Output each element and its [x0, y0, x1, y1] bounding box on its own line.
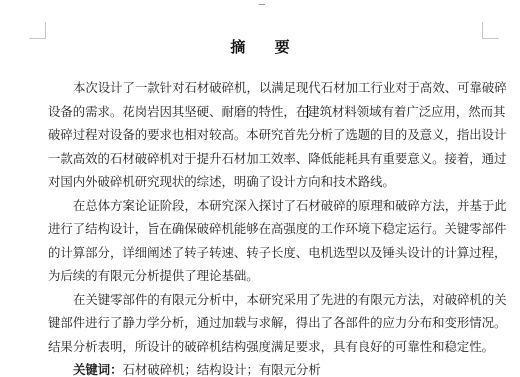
page-top-marker: [259, 4, 265, 5]
document-page[interactable]: 摘 要 本次设计了一款针对石材破碎机，以满足现代石材加工行业对于高效、可靠破碎 …: [0, 0, 520, 377]
paragraph-2-line-1: 在总体方案论证阶段，本研究深入探讨了石材破碎的原理和破碎方法，并基于此: [48, 194, 474, 218]
text-cursor-line: 设备的需求。花岗岩因其坚硬、耐磨的特性，在建筑材料领域有着广泛应用，然而其: [48, 104, 505, 119]
keywords-label: 关键词：: [73, 362, 123, 377]
paragraph-2-line-3: 的计算部分，详细阐述了转子转速、转子长度、电机选型以及锤头设计的计算过程，: [48, 241, 474, 265]
abstract-body[interactable]: 本次设计了一款针对石材破碎机，以满足现代石材加工行业对于高效、可靠破碎 设备的需…: [48, 76, 474, 377]
keywords-line: 关键词：石材破碎机；结构设计；有限元分析: [48, 358, 474, 377]
abstract-title: 摘 要: [0, 36, 520, 57]
paragraph-1-line-2: 设备的需求。花岗岩因其坚硬、耐磨的特性，在建筑材料领域有着广泛应用，然而其: [48, 100, 474, 124]
paragraph-2-line-4: 为后续的有限元分析提供了理论基础。: [48, 264, 474, 288]
paragraph-3-line-1: 在关键零部件的有限元分析中，本研究采用了先进的有限元方法，对破碎机的关: [48, 288, 474, 312]
paragraph-1-line-3: 破碎过程对设备的要求也相对较高。本研究首先分析了选题的目的及意义，指出设计: [48, 123, 474, 147]
paragraph-3-line-2: 键部件进行了静力学分析，通过加载与求解，得出了各部件的应力分布和变形情况。: [48, 311, 474, 335]
paragraph-1-line-4: 一款高效的石材破碎机对于提升石材加工效率、降低能耗具有重要意义。接着，通过: [48, 147, 474, 171]
paragraph-1-line-1: 本次设计了一款针对石材破碎机，以满足现代石材加工行业对于高效、可靠破碎: [48, 76, 474, 100]
paragraph-1-line-5: 对国内外破碎机研究现状的综述，明确了设计方向和技术路线。: [48, 170, 474, 194]
keywords-value: 石材破碎机；结构设计；有限元分析: [123, 362, 321, 377]
paragraph-2-line-2: 进行了结构设计，旨在确保破碎机能够在高强度的工作环境下稳定运行。关键零部件: [48, 217, 474, 241]
paragraph-3-line-3: 结果分析表明，所设计的破碎机结构强度满足要求，具有良好的可靠性和稳定性。: [48, 335, 474, 359]
